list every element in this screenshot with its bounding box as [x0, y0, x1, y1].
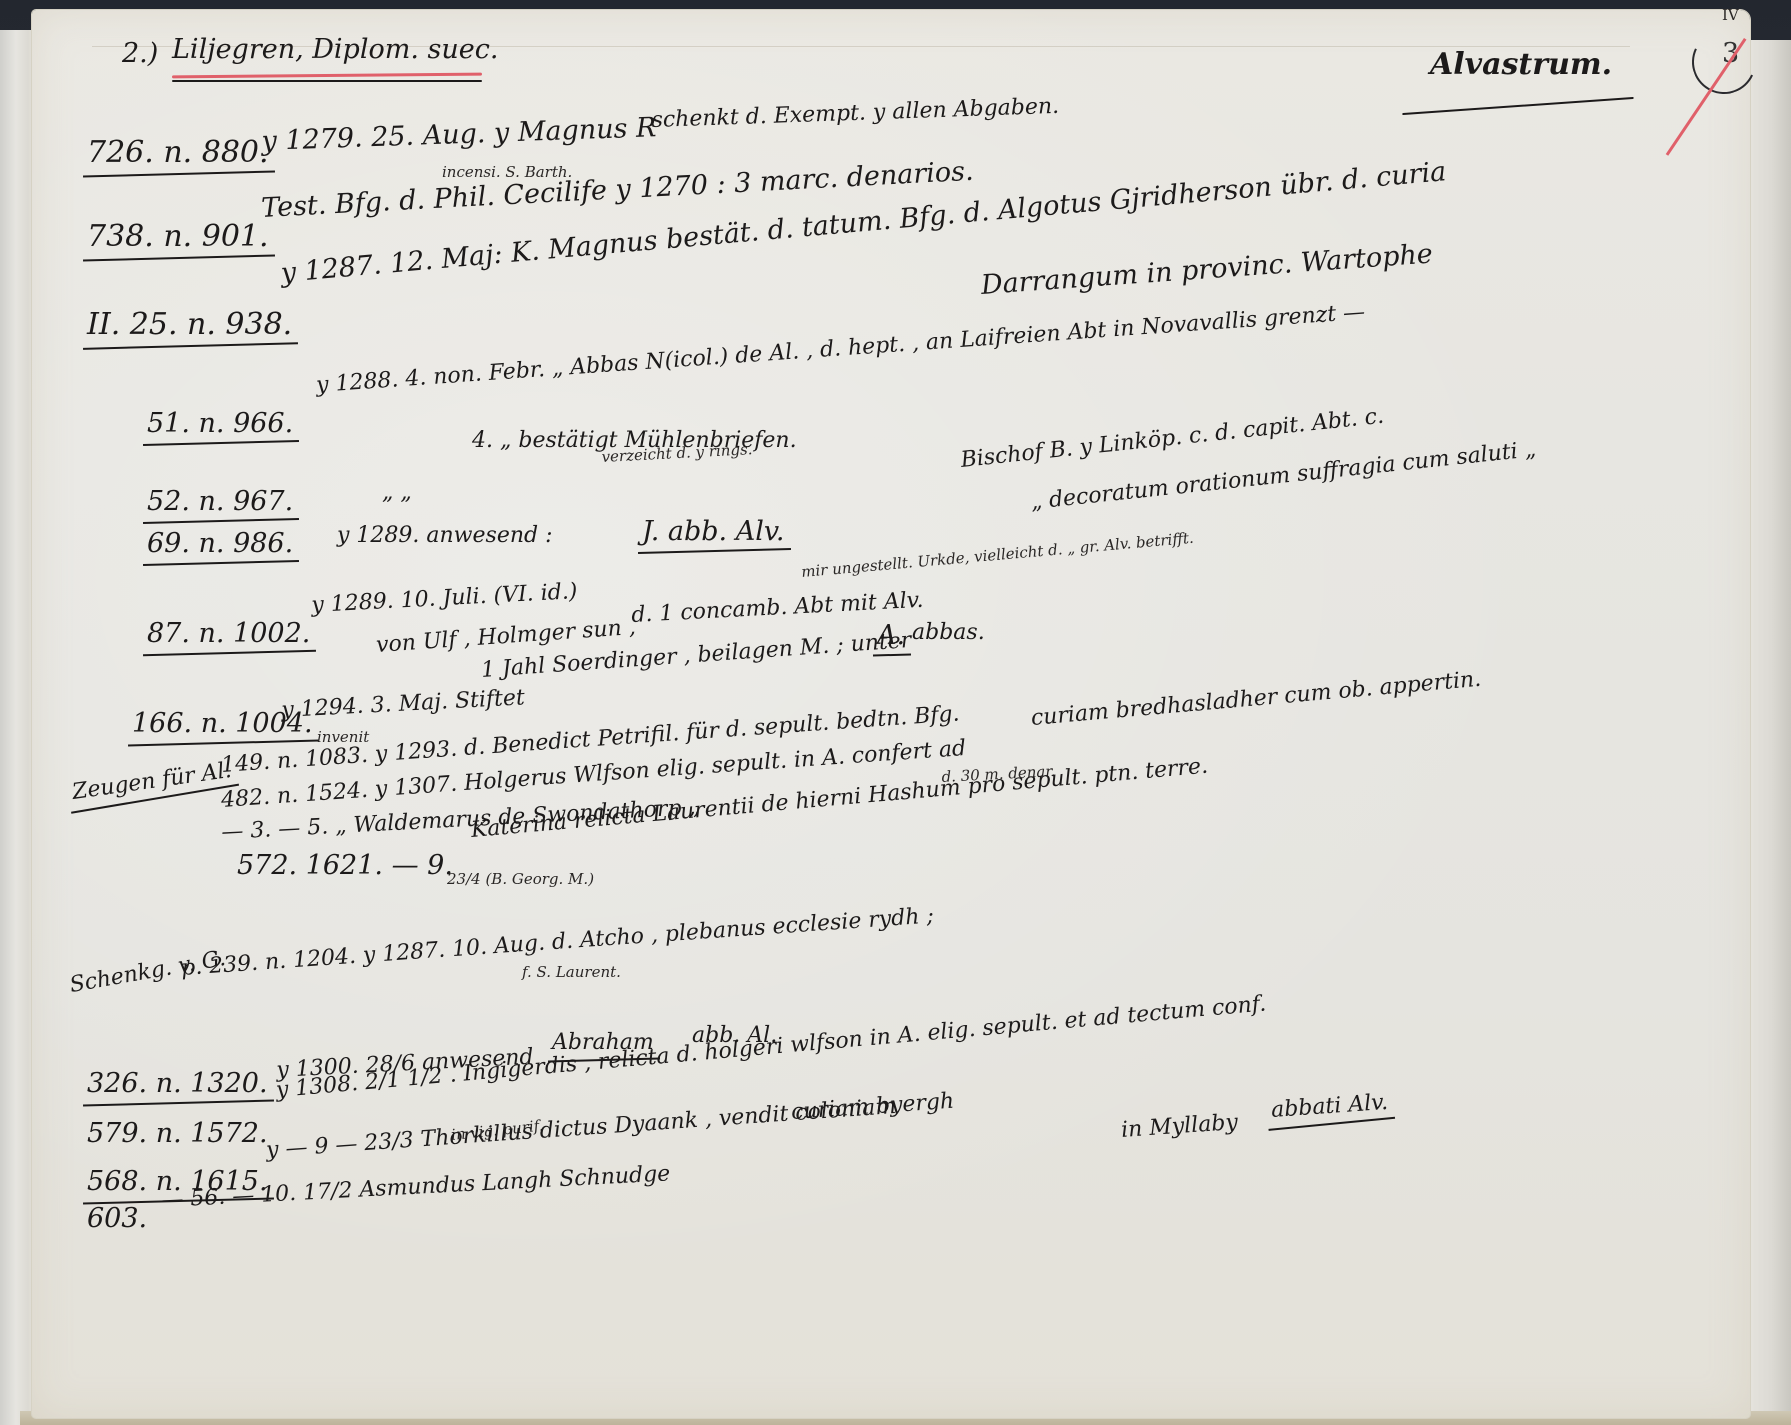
source-title: Liljegren, Diplom. suec. [172, 36, 498, 63]
entry-text: y — 9 — 23/3 Thorkillus dictus Dyaank , … [265, 1096, 896, 1162]
entry-ref: 52. n. 967. [147, 488, 293, 515]
entry-text-underlined: J. abb. Alv. [642, 518, 785, 545]
entry-text: y 1289. 10. Juli. (VI. id.) [311, 581, 578, 617]
entry-text: curiam bredhasladher cum ob. appertin. [1030, 669, 1482, 730]
subject-title: Alvastrum. [1430, 50, 1612, 80]
entry-ref: 69. n. 986. [147, 530, 293, 557]
entry-ref: 726. n. 880. [87, 138, 269, 168]
source-title-red-underline [172, 73, 482, 79]
entry-text: y 1279. 25. Aug. y Magnus R [261, 114, 657, 155]
entry-text: y 1308. 2/1 1/2 . Ingigerdis , relicta d… [275, 993, 1267, 1102]
entry-text: abbas. [912, 622, 985, 644]
page-stack-right-edge [1750, 40, 1791, 1425]
corner-mark: IV [1722, 8, 1739, 23]
manuscript-page: 2.) Liljegren, Diplom. suec. Alvastrum. … [32, 10, 1750, 1418]
entry-ref: 579. n. 1572. [87, 1120, 268, 1147]
entry-ref: 738. n. 901. [87, 222, 269, 252]
entry-ref: II. 25. n. 938. [87, 310, 292, 340]
entry-annotation: f. S. Laurent. [522, 965, 621, 980]
margin-note: Zeugen für Al. [71, 760, 233, 804]
source-title-underline [172, 80, 482, 82]
entry-ref: 572. 1621. — 9. [237, 852, 453, 879]
scanned-notebook: 2.) Liljegren, Diplom. suec. Alvastrum. … [0, 0, 1791, 1425]
entry-text: in Myllaby [1120, 1112, 1238, 1142]
entry-text: y 1288. 4. non. Febr. „ Abbas N(icol.) d… [315, 302, 1365, 397]
entry-ref: 51. n. 966. [147, 410, 293, 437]
entry-ref: 603. [87, 1205, 147, 1232]
entry-annotation: 23/4 (B. Georg. M.) [447, 872, 594, 887]
entry-ref: 326. n. 1320. [87, 1070, 268, 1097]
entry-text: schenkt d. Exempt. y allen Abgaben. [651, 96, 1059, 132]
entry-text-underlined: A. [877, 622, 905, 649]
entry-text: „ „ [382, 482, 412, 504]
subject-underline [1402, 97, 1634, 115]
entry-ref: 87. n. 1002. [147, 620, 310, 647]
entry-text-underlined: abbati Alv. [1270, 1092, 1388, 1122]
entry-annotation: Darrangum in provinc. Wartophe [980, 240, 1433, 299]
entry-text: y 1294. 3. Maj. Stiftet [281, 687, 525, 722]
entry-annotation: mir ungestellt. Urkde, vielleicht d. „ g… [801, 531, 1195, 580]
entry-text: y 1289. anwesend : [337, 525, 553, 547]
source-prefix: 2.) [122, 40, 158, 67]
